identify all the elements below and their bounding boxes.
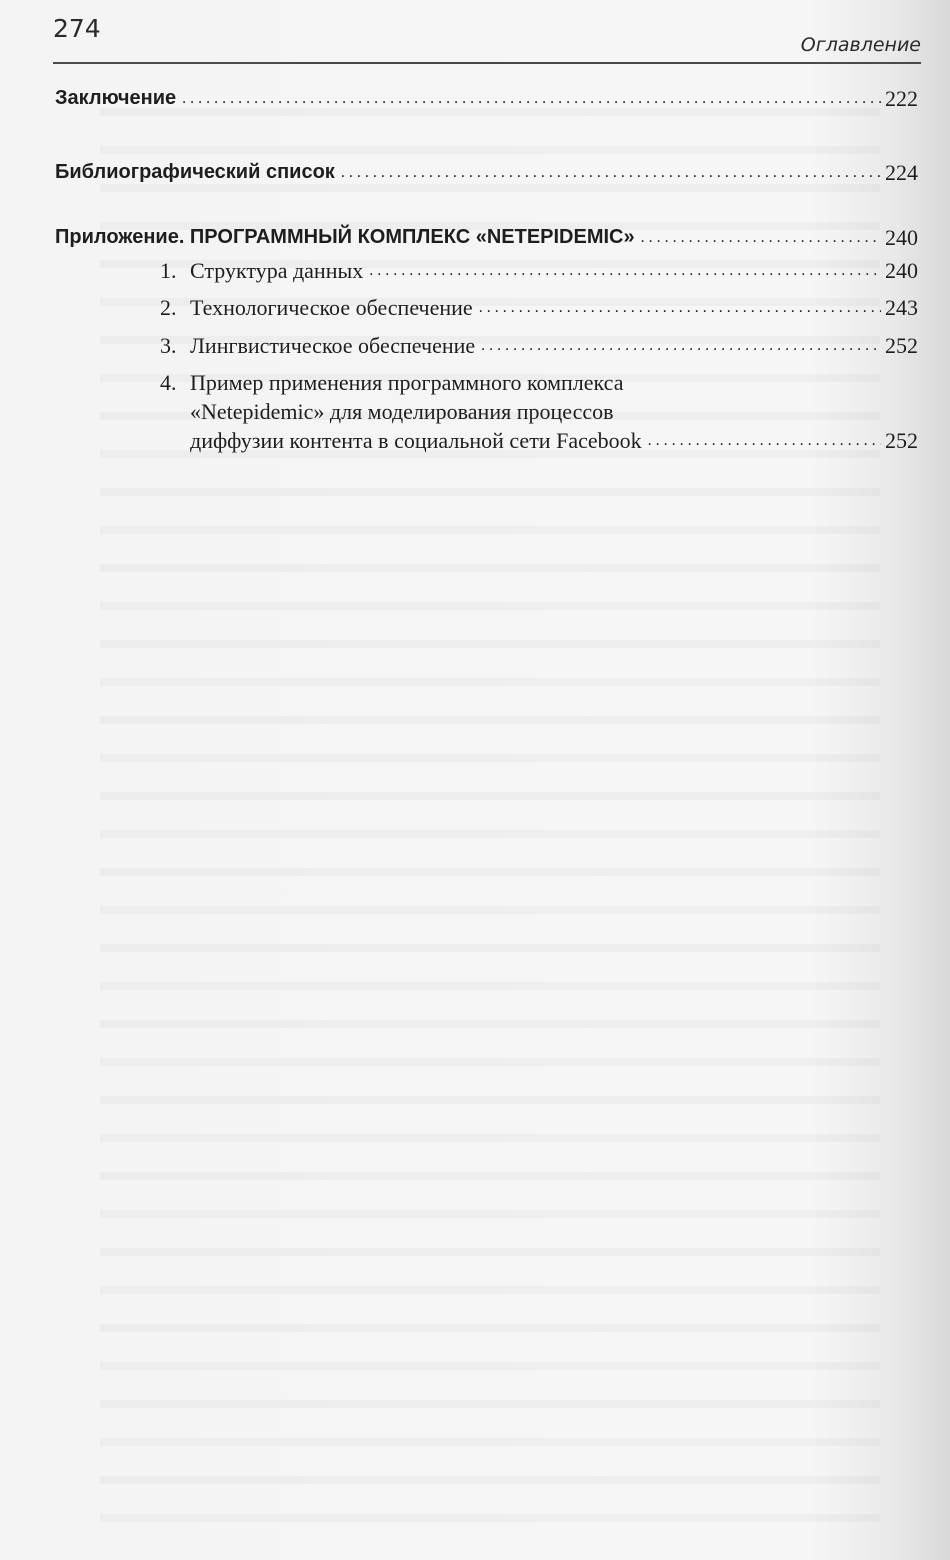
toc-subentry-label: 2.Технологическое обеспечение	[160, 293, 473, 322]
dot-leader	[479, 300, 881, 316]
dot-leader	[369, 263, 881, 279]
toc-subentry-label: 1.Структура данных	[160, 256, 363, 285]
toc-entry-page: 240	[885, 223, 918, 252]
toc-entry-appendix: Приложение. ПРОГРАММНЫЙ КОМПЛЕКС «NETEPI…	[55, 223, 918, 252]
toc-subentry-page: 240	[885, 256, 918, 285]
toc-subentry-page: 243	[885, 293, 918, 322]
page-number: 274	[53, 14, 101, 43]
toc-entry-label: Заключение	[55, 84, 176, 113]
toc-subentry-page: 252	[885, 331, 918, 360]
dot-leader	[641, 230, 881, 246]
dot-leader	[481, 338, 881, 354]
header-rule	[53, 62, 921, 64]
page-header: 274 Оглавление	[53, 8, 921, 58]
dot-leader	[182, 91, 881, 107]
toc-subentry-data-structure: 1.Структура данных 240	[160, 256, 918, 285]
running-title: Оглавление	[801, 34, 921, 56]
toc-subentry-page: 252	[885, 426, 918, 455]
toc-entry-conclusion: Заключение 222	[55, 84, 918, 113]
toc-entry-page: 222	[885, 84, 918, 113]
toc-entry-bibliography: Библиографический список 224	[55, 158, 918, 187]
toc-subentry-label: 3.Лингвистическое обеспечение	[160, 331, 475, 360]
toc-entry-label: Приложение. ПРОГРАММНЫЙ КОМПЛЕКС «NETEPI…	[55, 223, 635, 252]
toc-entry-page: 224	[885, 158, 918, 187]
toc-subentry-linguistic-support: 3.Лингвистическое обеспечение 252	[160, 331, 918, 360]
toc-subentry-label: 4. Пример применения программного компле…	[160, 368, 642, 455]
dot-leader	[341, 165, 881, 181]
toc-subentry-example: 4. Пример применения программного компле…	[160, 368, 918, 455]
toc-subentry-tech-support: 2.Технологическое обеспечение 243	[160, 293, 918, 322]
dot-leader	[648, 433, 881, 449]
toc-entry-label: Библиографический список	[55, 158, 335, 187]
